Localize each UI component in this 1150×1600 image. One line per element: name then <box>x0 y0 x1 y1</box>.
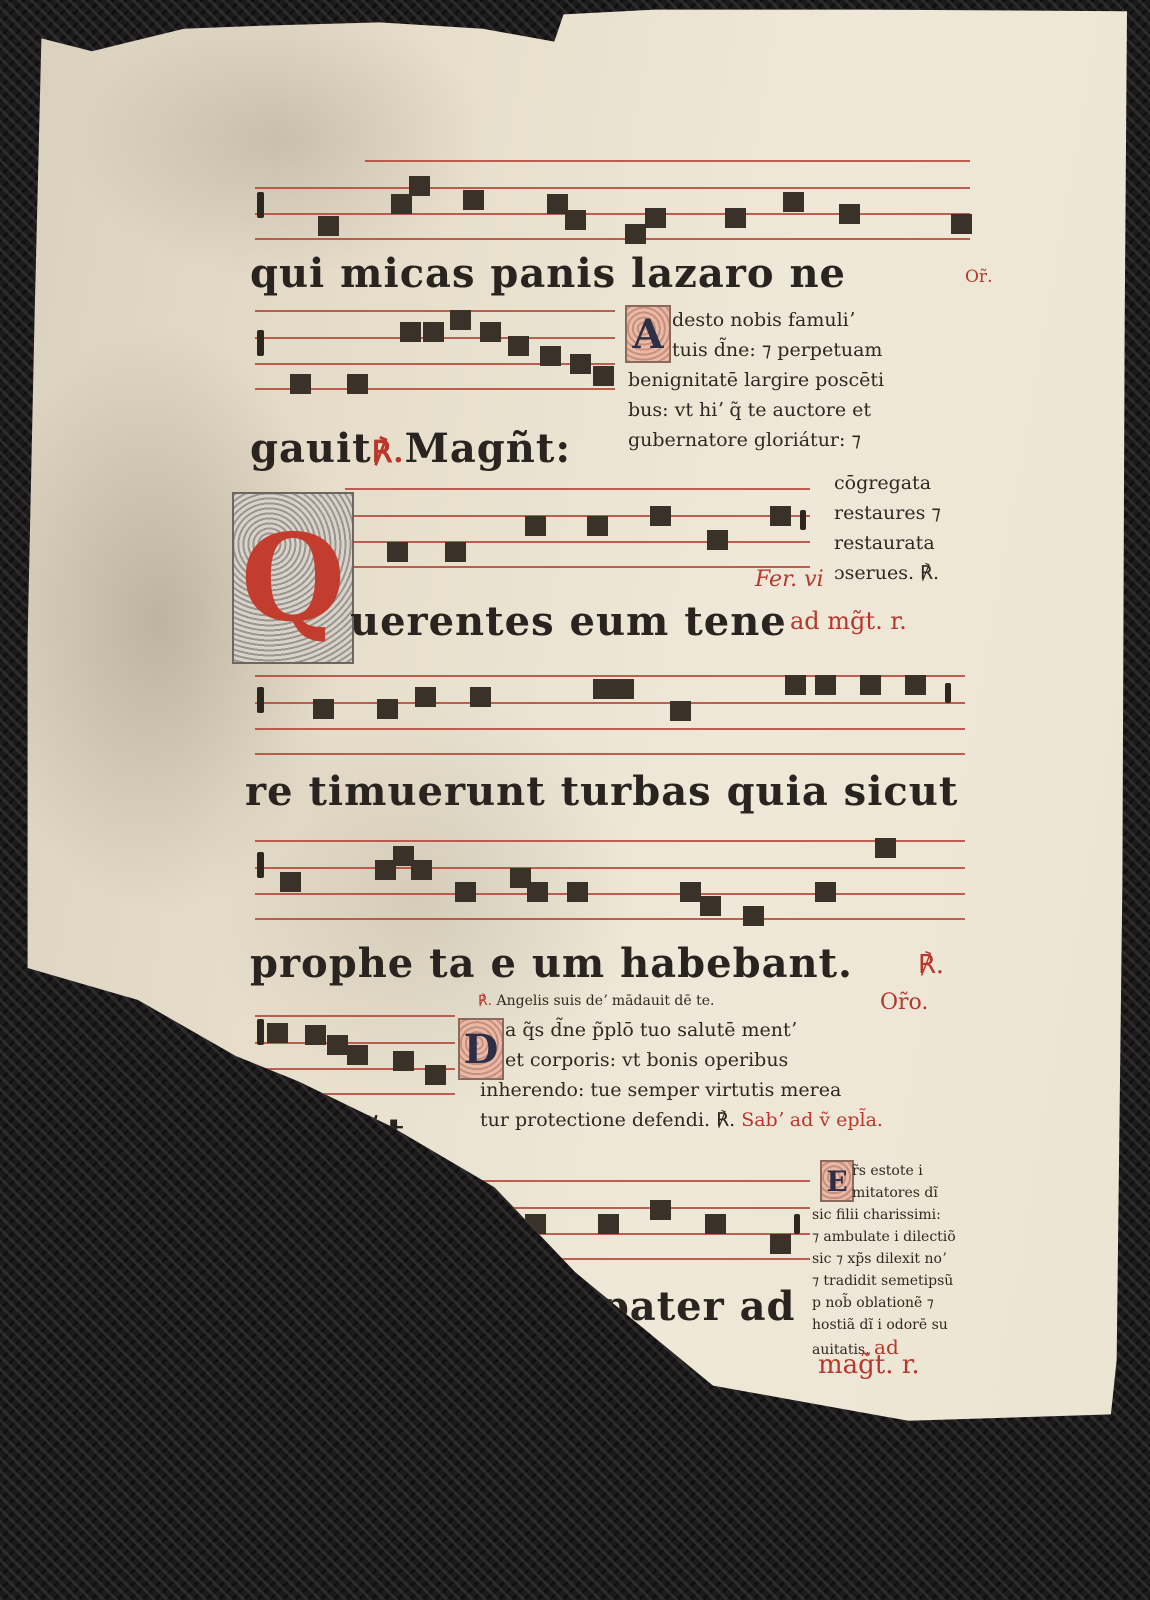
lyric-line-3: uerentes eum tene <box>350 598 787 645</box>
prayer-line: gubernatore gloriátur: ⁊ <box>628 425 884 455</box>
lyric-line-7: ixit autem pater ad <box>348 1283 796 1330</box>
lyric-line-1: qui micas panis lazaro ne <box>250 250 846 297</box>
lyric-line-2: gauit℟.Magñt: <box>250 425 571 472</box>
illuminated-initial-q: Q <box>232 492 354 664</box>
prayer-line: desto nobis famuliʼ <box>672 305 882 335</box>
prayer-line: ɔserues. ℟. <box>834 558 941 588</box>
illuminated-initial-d-large: D <box>248 1160 352 1319</box>
music-staff-7 <box>350 1170 810 1270</box>
music-staff-4 <box>255 665 965 765</box>
vellum-leaf: qui micas panis lazaro ne Or̃. A desto n… <box>0 0 1150 1600</box>
rubric-ad-magnificat-2: mag̃t. r. <box>818 1350 920 1380</box>
illuminated-initial-e: E <box>820 1160 854 1202</box>
prayer-text-2-cont: inherendo: tue semper virtutis merea tur… <box>480 1075 883 1135</box>
prayer-line: cōgregata <box>834 468 941 498</box>
prayer-line: restaures ⁊ <box>834 498 941 528</box>
music-staff-6 <box>255 1005 455 1105</box>
illuminated-initial-a: A <box>625 305 671 363</box>
c-clef-icon <box>257 330 264 356</box>
prayer-line: benignitatē largire poscēti <box>628 365 884 395</box>
prayer-text-1: desto nobis famuliʼ tuis d̃ne: ⁊ perpetu… <box>672 305 882 365</box>
music-staff-5 <box>255 830 965 930</box>
music-staff-3 <box>345 478 810 588</box>
prayer-line: a q̃s d̃ne p̃plō tuo salutē mentʼ <box>505 1015 797 1045</box>
epistle-text: r̃s estote i mitatores dĩ <box>852 1160 938 1204</box>
prayer-text-1-tail: cōgregata restaures ⁊ restaurata ɔserues… <box>834 468 941 588</box>
rubric-responsory-2: ℟. <box>918 950 944 980</box>
rubric-oratio-2: Or̃o. <box>880 988 928 1018</box>
epistle-line: p nob̃ oblationẽ ⁊ <box>812 1292 956 1314</box>
versicle-text: Angelis suis deʼ mādauit dē te. <box>496 993 714 1009</box>
prayer-line: et corporis: vt bonis operibus <box>505 1045 797 1075</box>
rubric-sabbato: Sabʼ ad ṽ epl̃a. <box>741 1109 883 1131</box>
versicle-line: ℟. Angelis suis deʼ mādauit dē te. <box>478 990 714 1012</box>
prayer-line: inherendo: tue semper virtutis merea <box>480 1075 883 1105</box>
rubric-versicle: ℟. <box>478 993 492 1009</box>
rubric-oratio-1: Or̃. <box>965 262 992 292</box>
custos-icon <box>794 1214 800 1234</box>
c-clef-icon <box>257 852 264 878</box>
prayer-text-1-cont: benignitatē largire poscēti bus: vt hiʼ … <box>628 365 884 455</box>
rubric-responsory: ℟. <box>372 435 405 470</box>
prayer-line: tuis d̃ne: ⁊ perpetuam <box>672 335 882 365</box>
c-clef-icon <box>257 1019 264 1045</box>
c-clef-icon <box>257 192 264 218</box>
prayer-text-2: a q̃s d̃ne p̃plō tuo salutē mentʼ et cor… <box>505 1015 797 1075</box>
epistle-line: sic ⁊ xp̃s dilexit noʼ <box>812 1248 956 1270</box>
lyric-text: gauit <box>250 425 372 472</box>
magnificat-label: Magñt: <box>405 425 572 472</box>
prayer-line: bus: vt hiʼ q̃ te auctore et <box>628 395 884 425</box>
rubric-ad-magnificat: ad mg̃t. r. <box>790 606 907 636</box>
epistle-text-cont: sic filii charissimi: ⁊ ambulate i dilec… <box>812 1204 956 1361</box>
rubric-feria: Fer. vi <box>755 565 824 595</box>
lyric-line-5: prophe ta e um habebant. <box>250 940 853 987</box>
music-staff-1 <box>255 150 970 250</box>
illuminated-initial-d-small: D <box>458 1018 504 1080</box>
epistle-line: sic filii charissimi: <box>812 1204 956 1226</box>
epistle-line: ⁊ ambulate i dilectiõ <box>812 1226 956 1248</box>
epistle-line: ⁊ tradidit semetipsũ <box>812 1270 956 1292</box>
epistle-line: r̃s estote i <box>852 1160 938 1182</box>
lyric-line-6: Magñt. <box>255 1110 421 1157</box>
prayer-line: restaurata <box>834 528 941 558</box>
music-staff-2 <box>255 300 615 400</box>
lyric-line-4: re timuerunt turbas quia sicut <box>245 768 958 815</box>
epistle-line: hostiã dĩ i odorē su <box>812 1314 956 1336</box>
c-clef-icon <box>257 687 264 713</box>
custos-icon <box>945 683 951 703</box>
custos-icon <box>800 510 806 530</box>
prayer-line: tur protectione defendi. ℟. Sabʼ ad ṽ e… <box>480 1105 883 1135</box>
epistle-line: mitatores dĩ <box>852 1182 938 1204</box>
